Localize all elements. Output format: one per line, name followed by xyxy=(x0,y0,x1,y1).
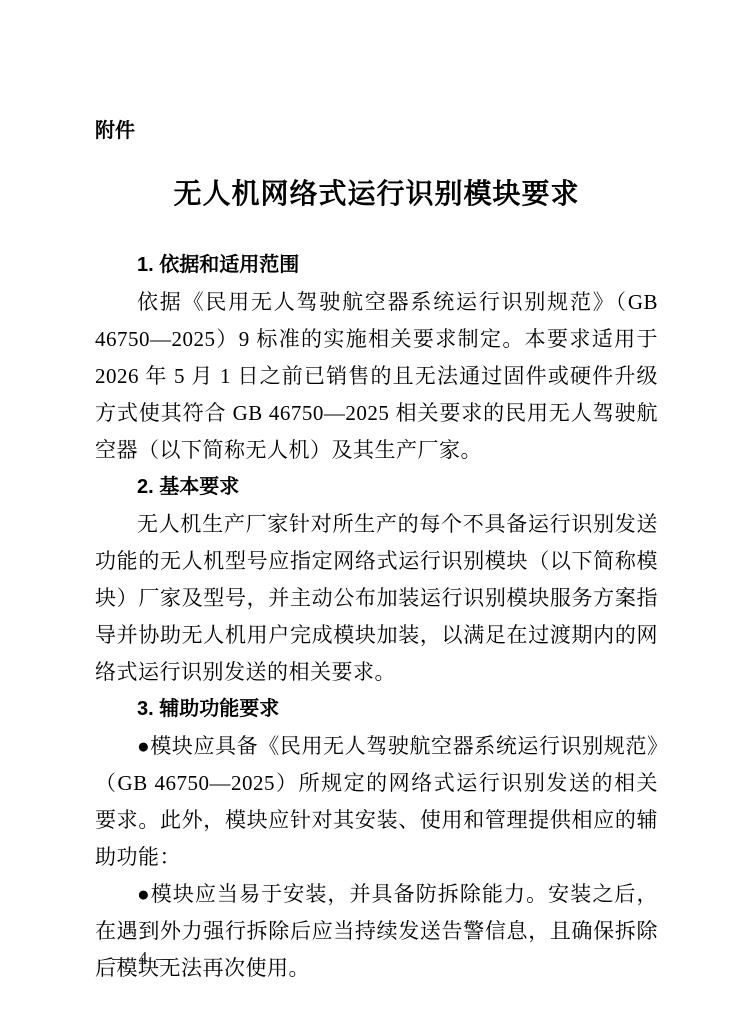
document-body: 附件 无人机网络式运行识别模块要求 1. 依据和适用范围 依据《民用无人驾驶航空… xyxy=(0,0,748,987)
paragraph-auxiliary-bullet-1: ●模块应具备《民用无人驾驶航空器系统运行识别规范》（GB 46750—2025）… xyxy=(95,728,658,876)
section-heading-auxiliary-function-requirements: 3. 辅助功能要求 xyxy=(95,691,658,728)
section-basic-requirements: 2. 基本要求 无人机生产厂家针对所生产的每个不具备运行识别发送功能的无人机型号… xyxy=(95,469,658,691)
paragraph-basis-and-scope: 依据《民用无人驾驶航空器系统运行识别规范》（GB 46750—2025）9 标准… xyxy=(95,284,658,469)
paragraph-basic-requirements: 无人机生产厂家针对所生产的每个不具备运行识别发送功能的无人机型号应指定网络式运行… xyxy=(95,506,658,691)
section-auxiliary-function-requirements: 3. 辅助功能要求 ●模块应具备《民用无人驾驶航空器系统运行识别规范》（GB 4… xyxy=(95,691,658,987)
document-page: 附件 无人机网络式运行识别模块要求 1. 依据和适用范围 依据《民用无人驾驶航空… xyxy=(0,0,748,1021)
attachment-label: 附件 xyxy=(95,119,658,143)
section-heading-basis-and-scope: 1. 依据和适用范围 xyxy=(95,247,658,284)
section-basis-and-scope: 1. 依据和适用范围 依据《民用无人驾驶航空器系统运行识别规范》（GB 4675… xyxy=(95,247,658,469)
page-number: — 4 — xyxy=(112,948,176,968)
paragraph-auxiliary-bullet-2: ●模块应当易于安装，并具备防拆除能力。安装之后，在遇到外力强行拆除后应当持续发送… xyxy=(95,876,658,987)
page-title: 无人机网络式运行识别模块要求 xyxy=(95,176,658,214)
section-heading-basic-requirements: 2. 基本要求 xyxy=(95,469,658,506)
